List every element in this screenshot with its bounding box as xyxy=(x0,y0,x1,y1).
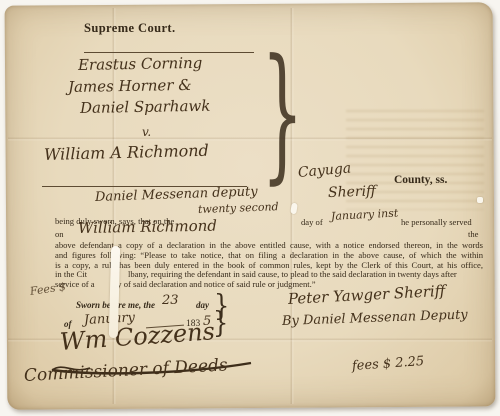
jurat-brace: } xyxy=(213,309,228,338)
served-name: William Richmond xyxy=(78,219,217,236)
jurat-day-filled: 23 xyxy=(162,294,179,307)
month-filled: January inst xyxy=(331,207,399,222)
county-printed: County, ss. xyxy=(394,174,447,186)
paper-chip xyxy=(477,197,483,203)
defendant-name: William A Richmond xyxy=(44,143,209,163)
court-header: Supreme Court. xyxy=(84,22,175,35)
body-line6-post: lbany, requiring the defendant in said c… xyxy=(128,270,457,279)
rule-line xyxy=(84,52,254,53)
body-line6-pre: in the Cit xyxy=(55,270,87,279)
body-line2-post: the xyxy=(468,230,479,239)
interlined-day: twenty second xyxy=(198,201,279,215)
body-line7-post: py of said declaration and notice of sai… xyxy=(113,280,316,289)
plaintiff-name: James Horner & xyxy=(68,78,192,95)
deponent-title: Sheriff xyxy=(328,184,376,200)
scanned-document: Supreme Court. Erastus Corning James Hor… xyxy=(0,0,500,416)
body-line2-pre: on xyxy=(55,230,64,239)
jurat-day-label: day xyxy=(196,301,209,310)
versus-mark: v. xyxy=(142,126,151,138)
plaintiff-name: Erastus Corning xyxy=(78,56,203,73)
plaintiff-name: Daniel Sparhawk xyxy=(80,99,211,116)
body-line1-post: he personally served xyxy=(401,218,472,227)
body-line1-mid: day of xyxy=(301,218,323,227)
